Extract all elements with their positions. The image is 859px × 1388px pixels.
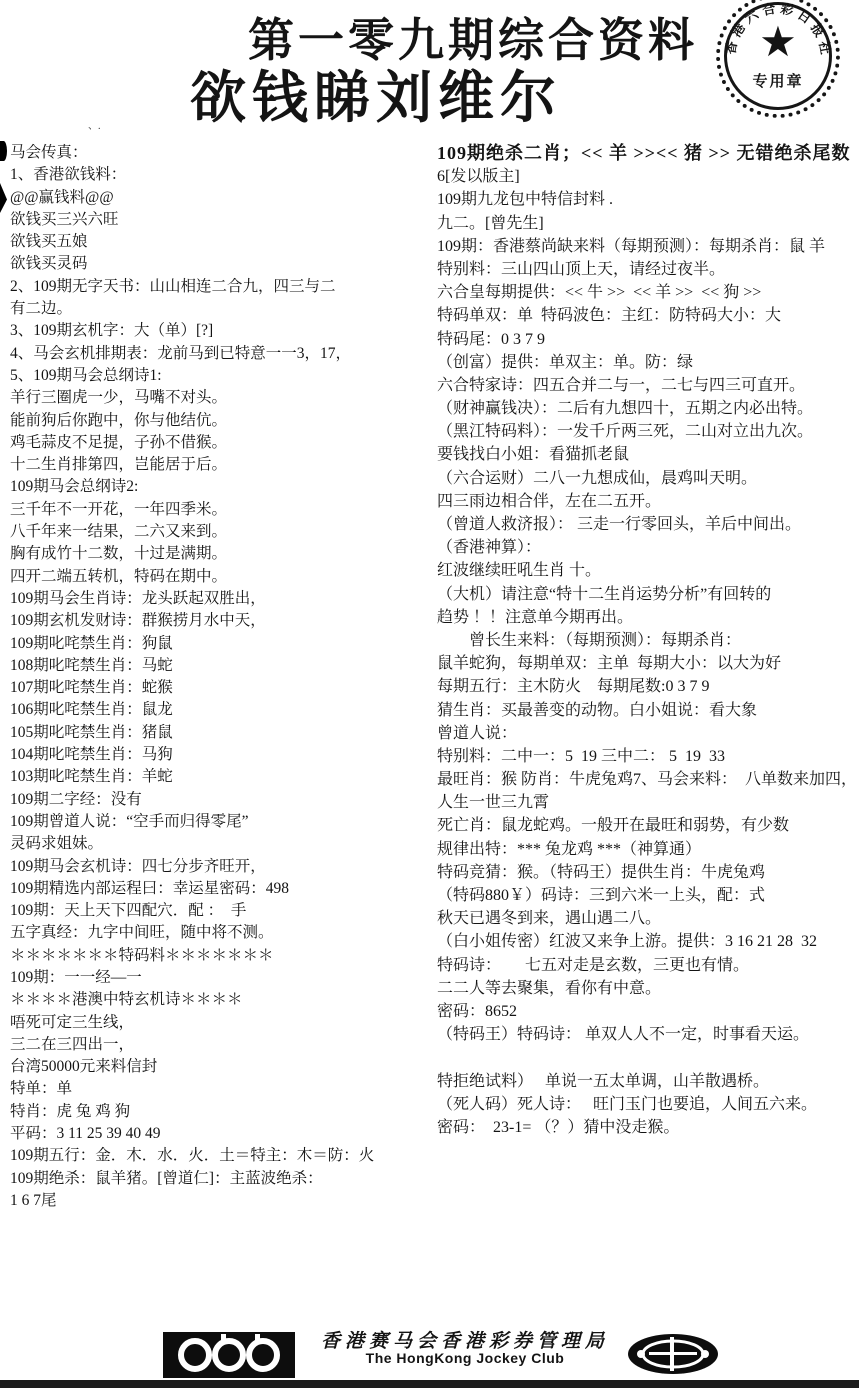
text-line: 有二边。 — [10, 298, 435, 320]
text-line: 109期二字经：没有 — [10, 789, 435, 811]
text-line: 十二生肖排第四，岂能居于后。 — [10, 454, 435, 476]
text-line: 109期马会玄机诗：四七分步齐旺开， — [10, 856, 435, 878]
text-line: 特码竞猜：猴。（特码王）提供生肖：牛虎兔鸡 — [437, 861, 859, 884]
star-icon: ★ — [716, 22, 840, 64]
right-column: 109期绝杀二肖；<< 羊 >><< 猪 >> 无错绝杀尾数6[发以版主]109… — [437, 142, 859, 1139]
text-line: 3、109期玄机字：大（单）[?] — [10, 320, 435, 342]
text-line: 每期五行：主木防火 每期尾数:0 3 7 9 — [437, 675, 859, 698]
text-line: 羊行三圈虎一少，马嘴不对头。 — [10, 387, 435, 409]
text-line: 马会传真： — [10, 142, 435, 164]
scanned-lottery-sheet: 第一零九期综合资料 欲钱睇刘维尔 香 港 六 合 彩 日 报 社 ★ 专用章 马… — [0, 0, 859, 1388]
scan-edge-bar — [0, 1380, 859, 1388]
text-line: 109期绝杀：鼠羊猪。[曾道仁]：主蓝波绝杀： — [10, 1168, 435, 1190]
footer-text: 香港赛马会香港彩券管理局 The HongKong Jockey Club — [300, 1326, 630, 1366]
text-line — [437, 1046, 859, 1069]
text-line: 八千年来一结果，二六又来到。 — [10, 521, 435, 543]
text-line: 鸡毛蒜皮不足提，子孙不借猴。 — [10, 432, 435, 454]
text-line: 特别料：三山四山顶上天，请经过夜半。 — [437, 258, 859, 281]
text-line: 鼠羊蛇狗，每期单双：主单 每期大小：以大为好 — [437, 652, 859, 675]
text-line: （大机）请注意“特十二生肖运势分析”有回转的 — [437, 583, 859, 606]
text-line: 胸有成竹十二数，十过是满期。 — [10, 543, 435, 565]
text-line: 红波继续旺吼生肖 十。 — [437, 559, 859, 582]
text-line: （六合运财）二八一九想成仙，晨鸡叫天明。 — [437, 467, 859, 490]
text-line: 唔死可定三生线， — [10, 1012, 435, 1034]
text-line: （香港神算）： — [437, 536, 859, 559]
text-line: 特码尾：0 3 7 9 — [437, 328, 859, 351]
seal-label: 专用章 — [716, 70, 840, 91]
text-line: （死人码）死人诗： 旺门玉门也要追，人间五六来。 — [437, 1093, 859, 1116]
left-column: 马会传真：1、香港欲钱料：@@赢钱料@@欲钱买三兴六旺欲钱买五娘欲钱买灵码2、1… — [10, 142, 435, 1212]
text-line: 特别料：二中一：5 19 三中二： 5 19 33 — [437, 745, 859, 768]
text-line: 1、香港欲钱料： — [10, 164, 435, 186]
text-line: 4、马会玄机排期表：龙前马到已特意一一3，17， — [10, 343, 435, 365]
text-line: 109期曾道人说：“空手而归得零尾” — [10, 811, 435, 833]
text-line: 四开二端五转机，特码在期中。 — [10, 566, 435, 588]
text-line: （白小姐传密）红波又来争上游。提供：3 16 21 28 32 — [437, 930, 859, 953]
text-line: @@赢钱料@@ — [10, 187, 435, 209]
text-line: 104期叱咤禁生肖：马狗 — [10, 744, 435, 766]
text-line: 曾长生来料：（每期预测）：每期杀肖： — [437, 629, 859, 652]
text-line: 九二。[曾先生] — [437, 212, 859, 235]
text-line: 106期叱咤禁生肖：鼠龙 — [10, 699, 435, 721]
text-line: 109期九龙包中特信封料 . — [437, 188, 859, 211]
text-line: 台湾50000元来料信封 — [10, 1056, 435, 1078]
text-line: 6[发以版主] — [437, 165, 859, 188]
text-line: （特码880￥）码诗：三到六米一上头，配：式 — [437, 884, 859, 907]
text-line: 规律出特：*** 兔龙鸡 ***（神算通） — [437, 838, 859, 861]
text-line: 平码：3 11 25 39 40 49 — [10, 1123, 435, 1145]
footer-chinese-name: 香港赛马会香港彩券管理局 — [300, 1326, 630, 1353]
text-line: 灵码求姐妹。 — [10, 833, 435, 855]
text-line: 六合皇每期提供：<< 牛 >> << 羊 >> << 狗 >> — [437, 281, 859, 304]
text-line: 欲钱买五娘 — [10, 231, 435, 253]
text-line: 109期玄机发财诗：群猴捞月水中天， — [10, 610, 435, 632]
text-line: 107期叱咤禁生肖：蛇猴 — [10, 677, 435, 699]
text-line: 108期叱咤禁生肖：马蛇 — [10, 655, 435, 677]
text-line: 109期五行：金．木．水．火．土＝特主：木＝防：火 — [10, 1145, 435, 1167]
text-line: ＊＊＊＊港澳中特玄机诗＊＊＊＊ — [10, 989, 435, 1011]
text-line: 三二在三四出一， — [10, 1034, 435, 1056]
text-line: 曾道人说： — [437, 722, 859, 745]
text-line: 103期叱咤禁生肖：羊蛇 — [10, 766, 435, 788]
text-line: 猜生肖：买最善变的动物。白小姐说：看大象 — [437, 699, 859, 722]
text-line: 趋势 ！！注意单今期再出。 — [437, 606, 859, 629]
text-line: 欲钱买灵码 — [10, 253, 435, 275]
jockey-club-oval-logo-icon — [627, 1333, 719, 1375]
text-line: （财神赢钱决）：二后有九想四十，五期之内必出特。 — [437, 397, 859, 420]
text-line: （曾道人救济报）： 三走一行零回头，羊后中间出。 — [437, 513, 859, 536]
text-line: 死亡肖：鼠龙蛇鸡。一般开在最旺和弱势，有少数 — [437, 814, 859, 837]
text-line: 109期马会总纲诗2: — [10, 476, 435, 498]
text-line: （黑江特码料）：一发千斤两三死，二山对立出九次。 — [437, 420, 859, 443]
text-line: 109期叱咤禁生肖：狗鼠 — [10, 633, 435, 655]
text-line: 三千年不一开花，一年四季米。 — [10, 499, 435, 521]
text-line: 特码诗： 七五对走是玄数，三更也有情。 — [437, 954, 859, 977]
text-line: 2、109期无字天书：山山相连二合九，四三与二 — [10, 276, 435, 298]
text-line: ＊＊＊＊＊＊＊特码料＊＊＊＊＊＊＊ — [10, 945, 435, 967]
text-line: 二二人等去聚集，看你有中意。 — [437, 977, 859, 1000]
scan-artifact: 、. — [88, 124, 98, 130]
text-line: 能前狗后你跑中，你与他结伉。 — [10, 410, 435, 432]
text-line: 特肖：虎 兔 鸡 狗 — [10, 1101, 435, 1123]
page-subtitle: 欲钱睇刘维尔 — [190, 54, 562, 134]
text-line: 109期精选内部运程曰：幸运星密码：498 — [10, 878, 435, 900]
jockey-club-rings-logo-icon — [163, 1332, 295, 1378]
text-line: 五字真经：九字中间旺，随中将不测。 — [10, 922, 435, 944]
text-line: 特拒绝试料） 单说一五太单调，山羊散遇桥。 — [437, 1070, 859, 1093]
text-line: 秋天已遇冬到来，遇山遇二八。 — [437, 907, 859, 930]
text-line: 要钱找白小姐：看猫抓老鼠 — [437, 443, 859, 466]
text-line: 特单：单 — [10, 1078, 435, 1100]
official-seal: 香 港 六 合 彩 日 报 社 ★ 专用章 — [716, 0, 840, 118]
text-line: 四三雨边相合伴，左在二五开。 — [437, 490, 859, 513]
text-line: 六合特家诗：四五合并二与一，二七与四三可直开。 — [437, 374, 859, 397]
scan-artifact — [0, 141, 7, 161]
text-line: 105期叱咤禁生肖：猪鼠 — [10, 722, 435, 744]
text-line: 5、109期马会总纲诗1: — [10, 365, 435, 387]
text-line: 109期马会生肖诗：龙头跃起双胜出， — [10, 588, 435, 610]
text-line: 特码单双：单 特码波色：主红：防特码大小：大 — [437, 304, 859, 327]
seal-ring-char: 合 — [760, 0, 779, 19]
text-line: 密码： 23-1= （？）猜中没走猴。 — [437, 1116, 859, 1139]
text-line: （特码王）特码诗： 单双人人不一定，时事看天运。 — [437, 1023, 859, 1046]
text-line: （创富）提供：单双主：单。防：绿 — [437, 351, 859, 374]
footer: 香港赛马会香港彩券管理局 The HongKong Jockey Club — [0, 1324, 859, 1380]
text-line: 109期：香港蔡尚缺来料（每期预测）：每期杀肖：鼠 羊 — [437, 235, 859, 258]
text-line: 最旺肖：猴 防肖：牛虎兔鸡7、马会来料： 八单数来加四， — [437, 768, 859, 791]
text-line: 109期：一一经—一 — [10, 967, 435, 989]
text-line: 欲钱买三兴六旺 — [10, 209, 435, 231]
text-line: 人生一世三九霄 — [437, 791, 859, 814]
scan-artifact — [0, 183, 7, 213]
text-line: 密码：8652 — [437, 1000, 859, 1023]
text-line: 1 6 7尾 — [10, 1190, 435, 1212]
text-line: 109期绝杀二肖；<< 羊 >><< 猪 >> 无错绝杀尾数 — [437, 142, 859, 165]
text-line: 109期：天上天下四配穴．配 ： 手 — [10, 900, 435, 922]
